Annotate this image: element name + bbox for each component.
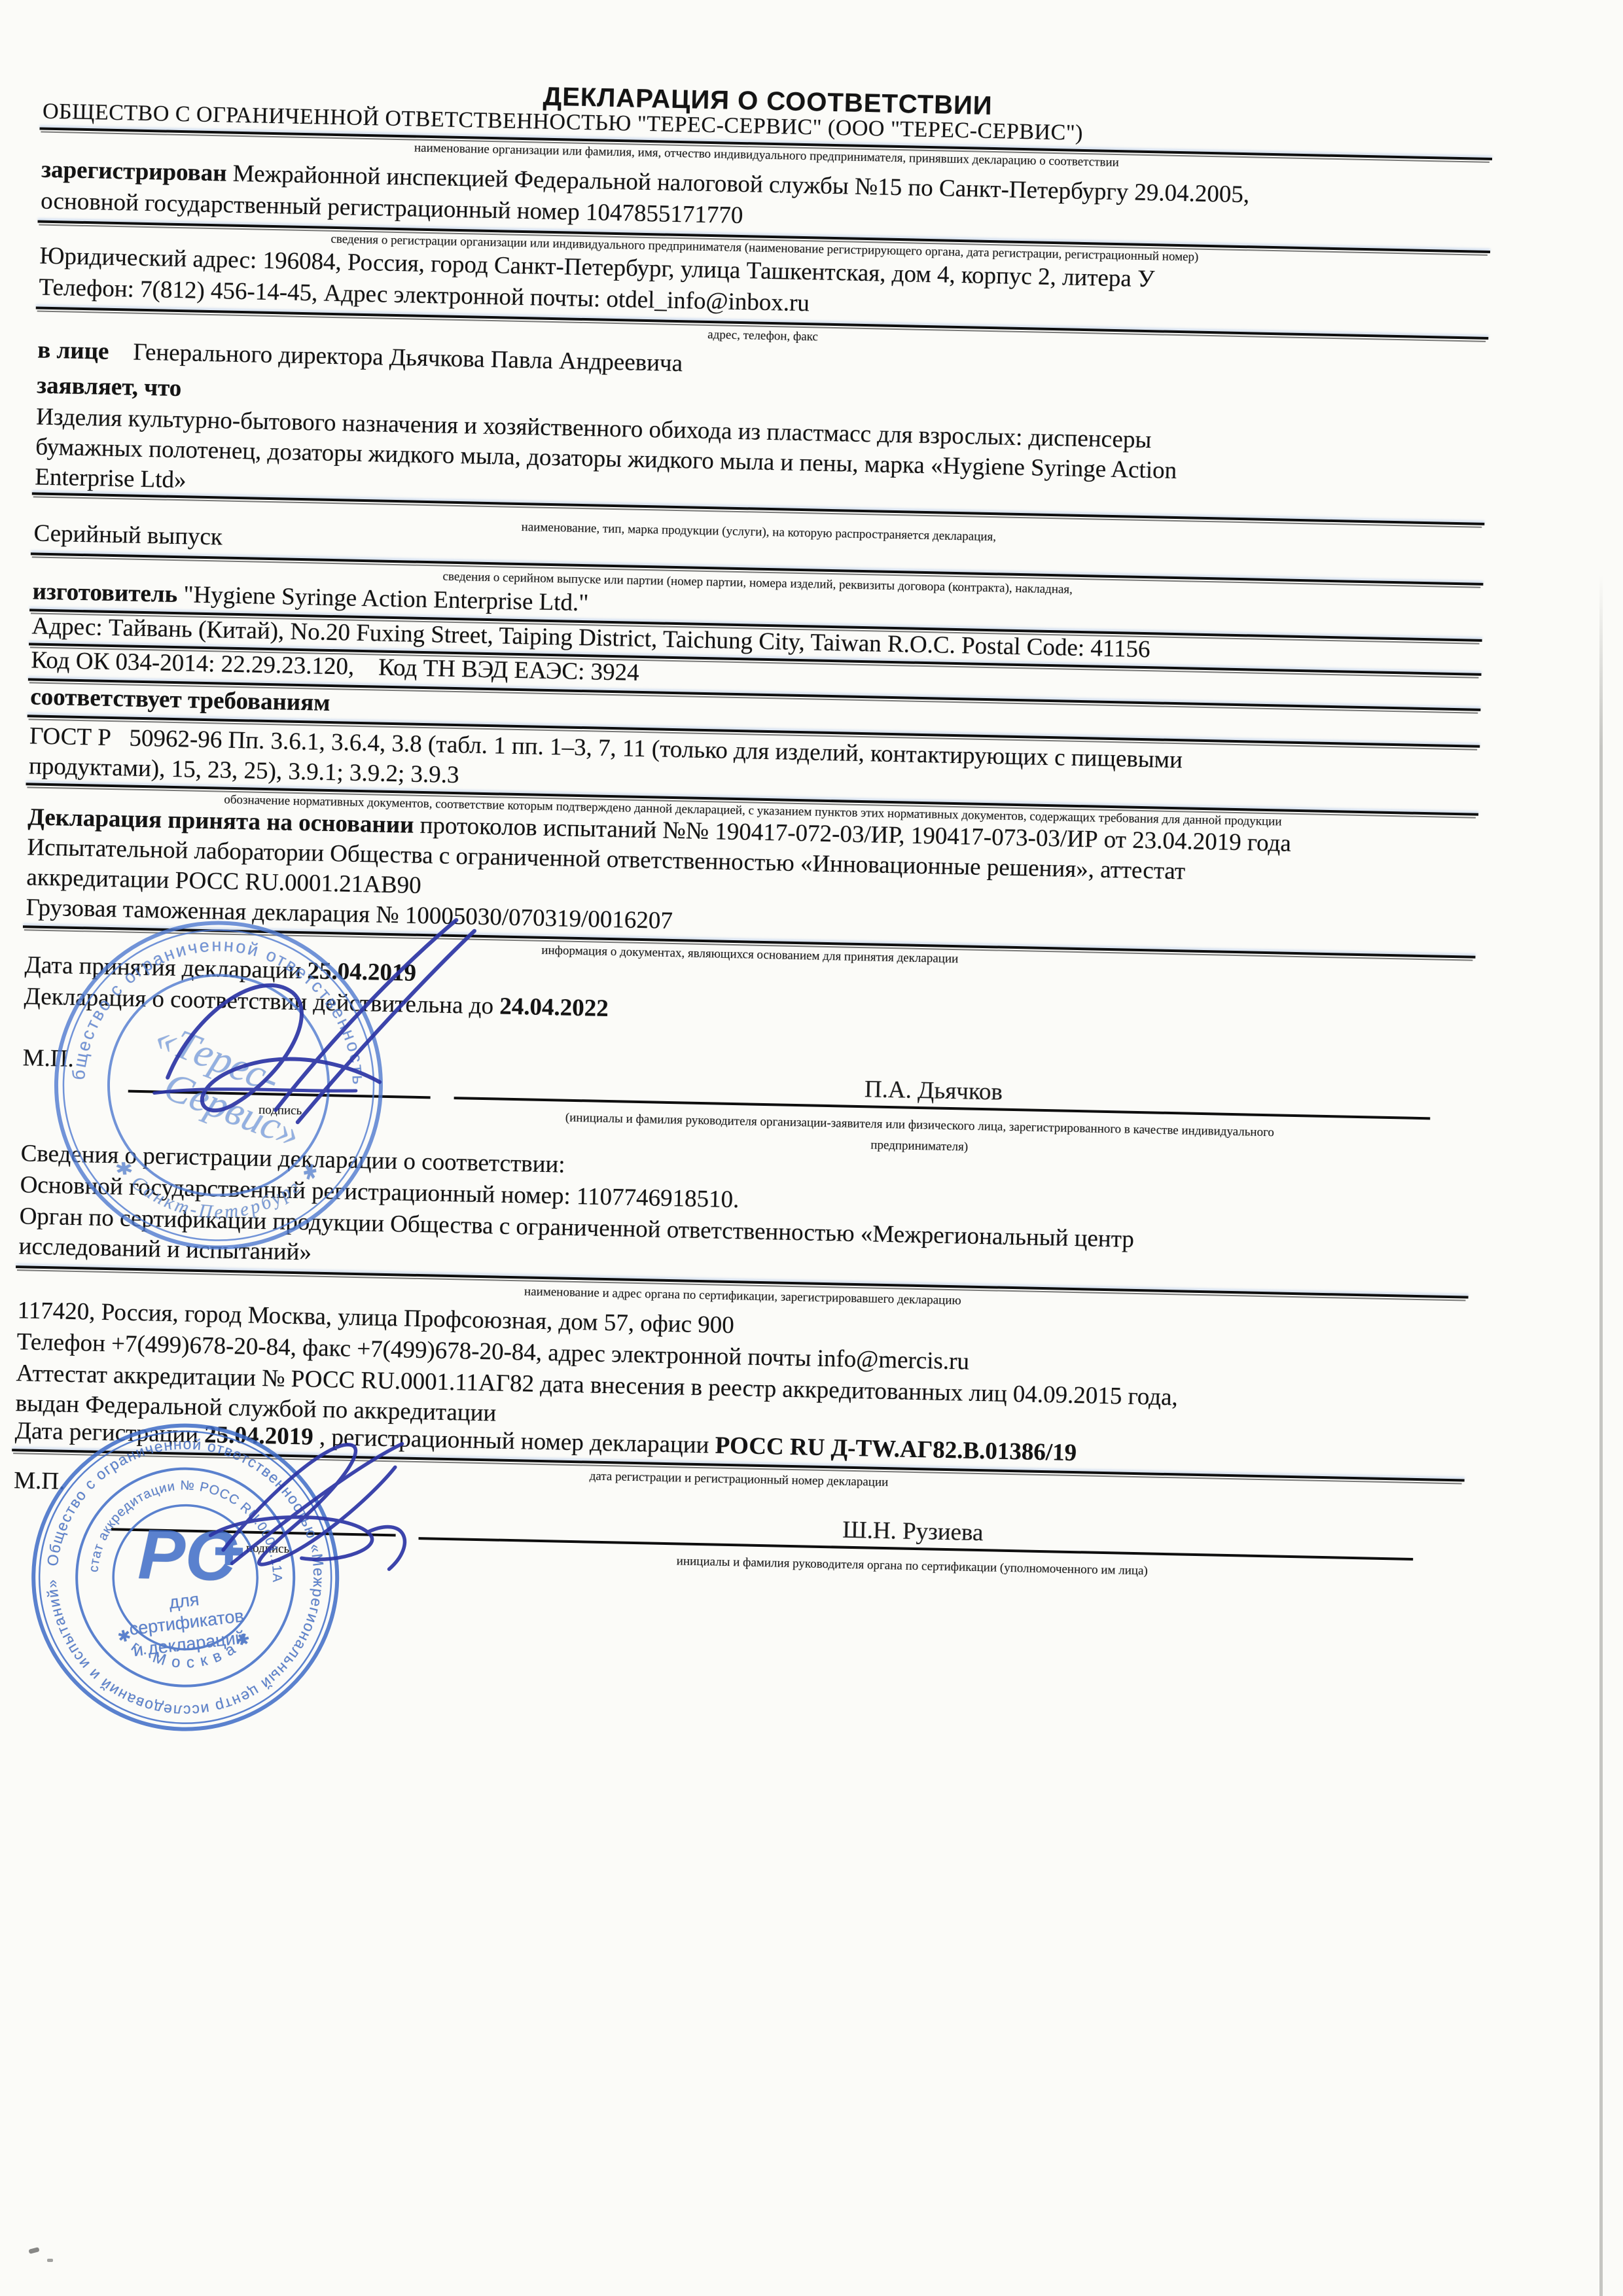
document-content: ДЕКЛАРАЦИЯ О СООТВЕТСТВИИ ОБЩЕСТВО С ОГР…: [0, 20, 1505, 1778]
cert-stamp-center-line-1: для: [168, 1589, 200, 1612]
declares-line: заявляет, что: [37, 372, 182, 403]
mp-mark-1: М.П.: [22, 1044, 74, 1073]
cert-stamp-center-line-3: и деклараций: [132, 1627, 246, 1660]
in-person-rest: Генерального директора Дьячкова Павла Ан…: [109, 338, 683, 377]
signature-line-left-1: [128, 1090, 431, 1099]
adoption-label: Дата принятия декларации: [24, 951, 308, 984]
in-person-line: в лице Генерального директора Дьячкова П…: [37, 337, 683, 378]
signature-line-left-2: [111, 1528, 396, 1536]
reg-number-label: , регистрационный номер декларации: [313, 1424, 715, 1459]
applicant-stamp-center-line-1: «Терес-: [149, 1014, 285, 1103]
reg-date: 25.04.2019: [204, 1421, 313, 1450]
cert-stamp-center-line-2: сертификатов: [128, 1606, 245, 1639]
validity-date: 24.04.2022: [499, 993, 609, 1022]
registered-bold-label: зарегистрирован: [41, 156, 227, 187]
manufacturer-name: "Hygiene Syringe Action Enterprise Ltd.": [177, 581, 589, 616]
in-person-label: в лице: [37, 337, 109, 365]
validity-date-line: Декларация о соответствии действительна …: [24, 983, 609, 1023]
product-line-3: Enterprise Ltd»: [35, 463, 187, 494]
serial-line: Серийный выпуск: [33, 520, 223, 552]
caption-sign-1: подпись: [166, 1101, 395, 1120]
adoption-date: 25.04.2019: [307, 957, 416, 986]
scan-edge-artifact: [1599, 576, 1603, 2296]
basis-line-3: аккредитации РОСС RU.0001.21АВ90: [26, 864, 421, 900]
reg-number: РОСС RU Д-TW.АГ82.B.01386/19: [715, 1432, 1077, 1467]
svg-text:✱ г · М о с к в а ✱: ✱ г · М о с к в а ✱: [112, 1625, 255, 1673]
mp-mark-2: М.П.: [14, 1467, 65, 1496]
caption-signatory-2: инициалы и фамилия руководителя органа п…: [412, 1549, 1413, 1584]
caption-sign-2: подпись: [143, 1539, 392, 1559]
adoption-date-line: Дата принятия декларации 25.04.2019: [24, 951, 416, 987]
manufacturer-label: изготовитель: [32, 578, 177, 608]
validity-label: Декларация о соответствии действительна …: [24, 983, 499, 1019]
scanned-declaration-page: ДЕКЛАРАЦИЯ О СООТВЕТСТВИИ ОБЩЕСТВО С ОГР…: [0, 0, 1623, 2296]
meets-requirements-line: соответствует требованиям: [30, 683, 330, 717]
cert-stamp-city-arc: ✱ г · М о с к в а ✱: [112, 1625, 255, 1673]
caption-product: наименование, тип, марка продукции (услу…: [34, 509, 1484, 555]
cert-body-line-2: исследований и испытаний»: [18, 1233, 312, 1267]
scan-speck-artifact-small: [47, 2259, 53, 2262]
reg-date-label: Дата регистрации: [14, 1417, 204, 1448]
scan-speck-artifact: [28, 2247, 39, 2254]
